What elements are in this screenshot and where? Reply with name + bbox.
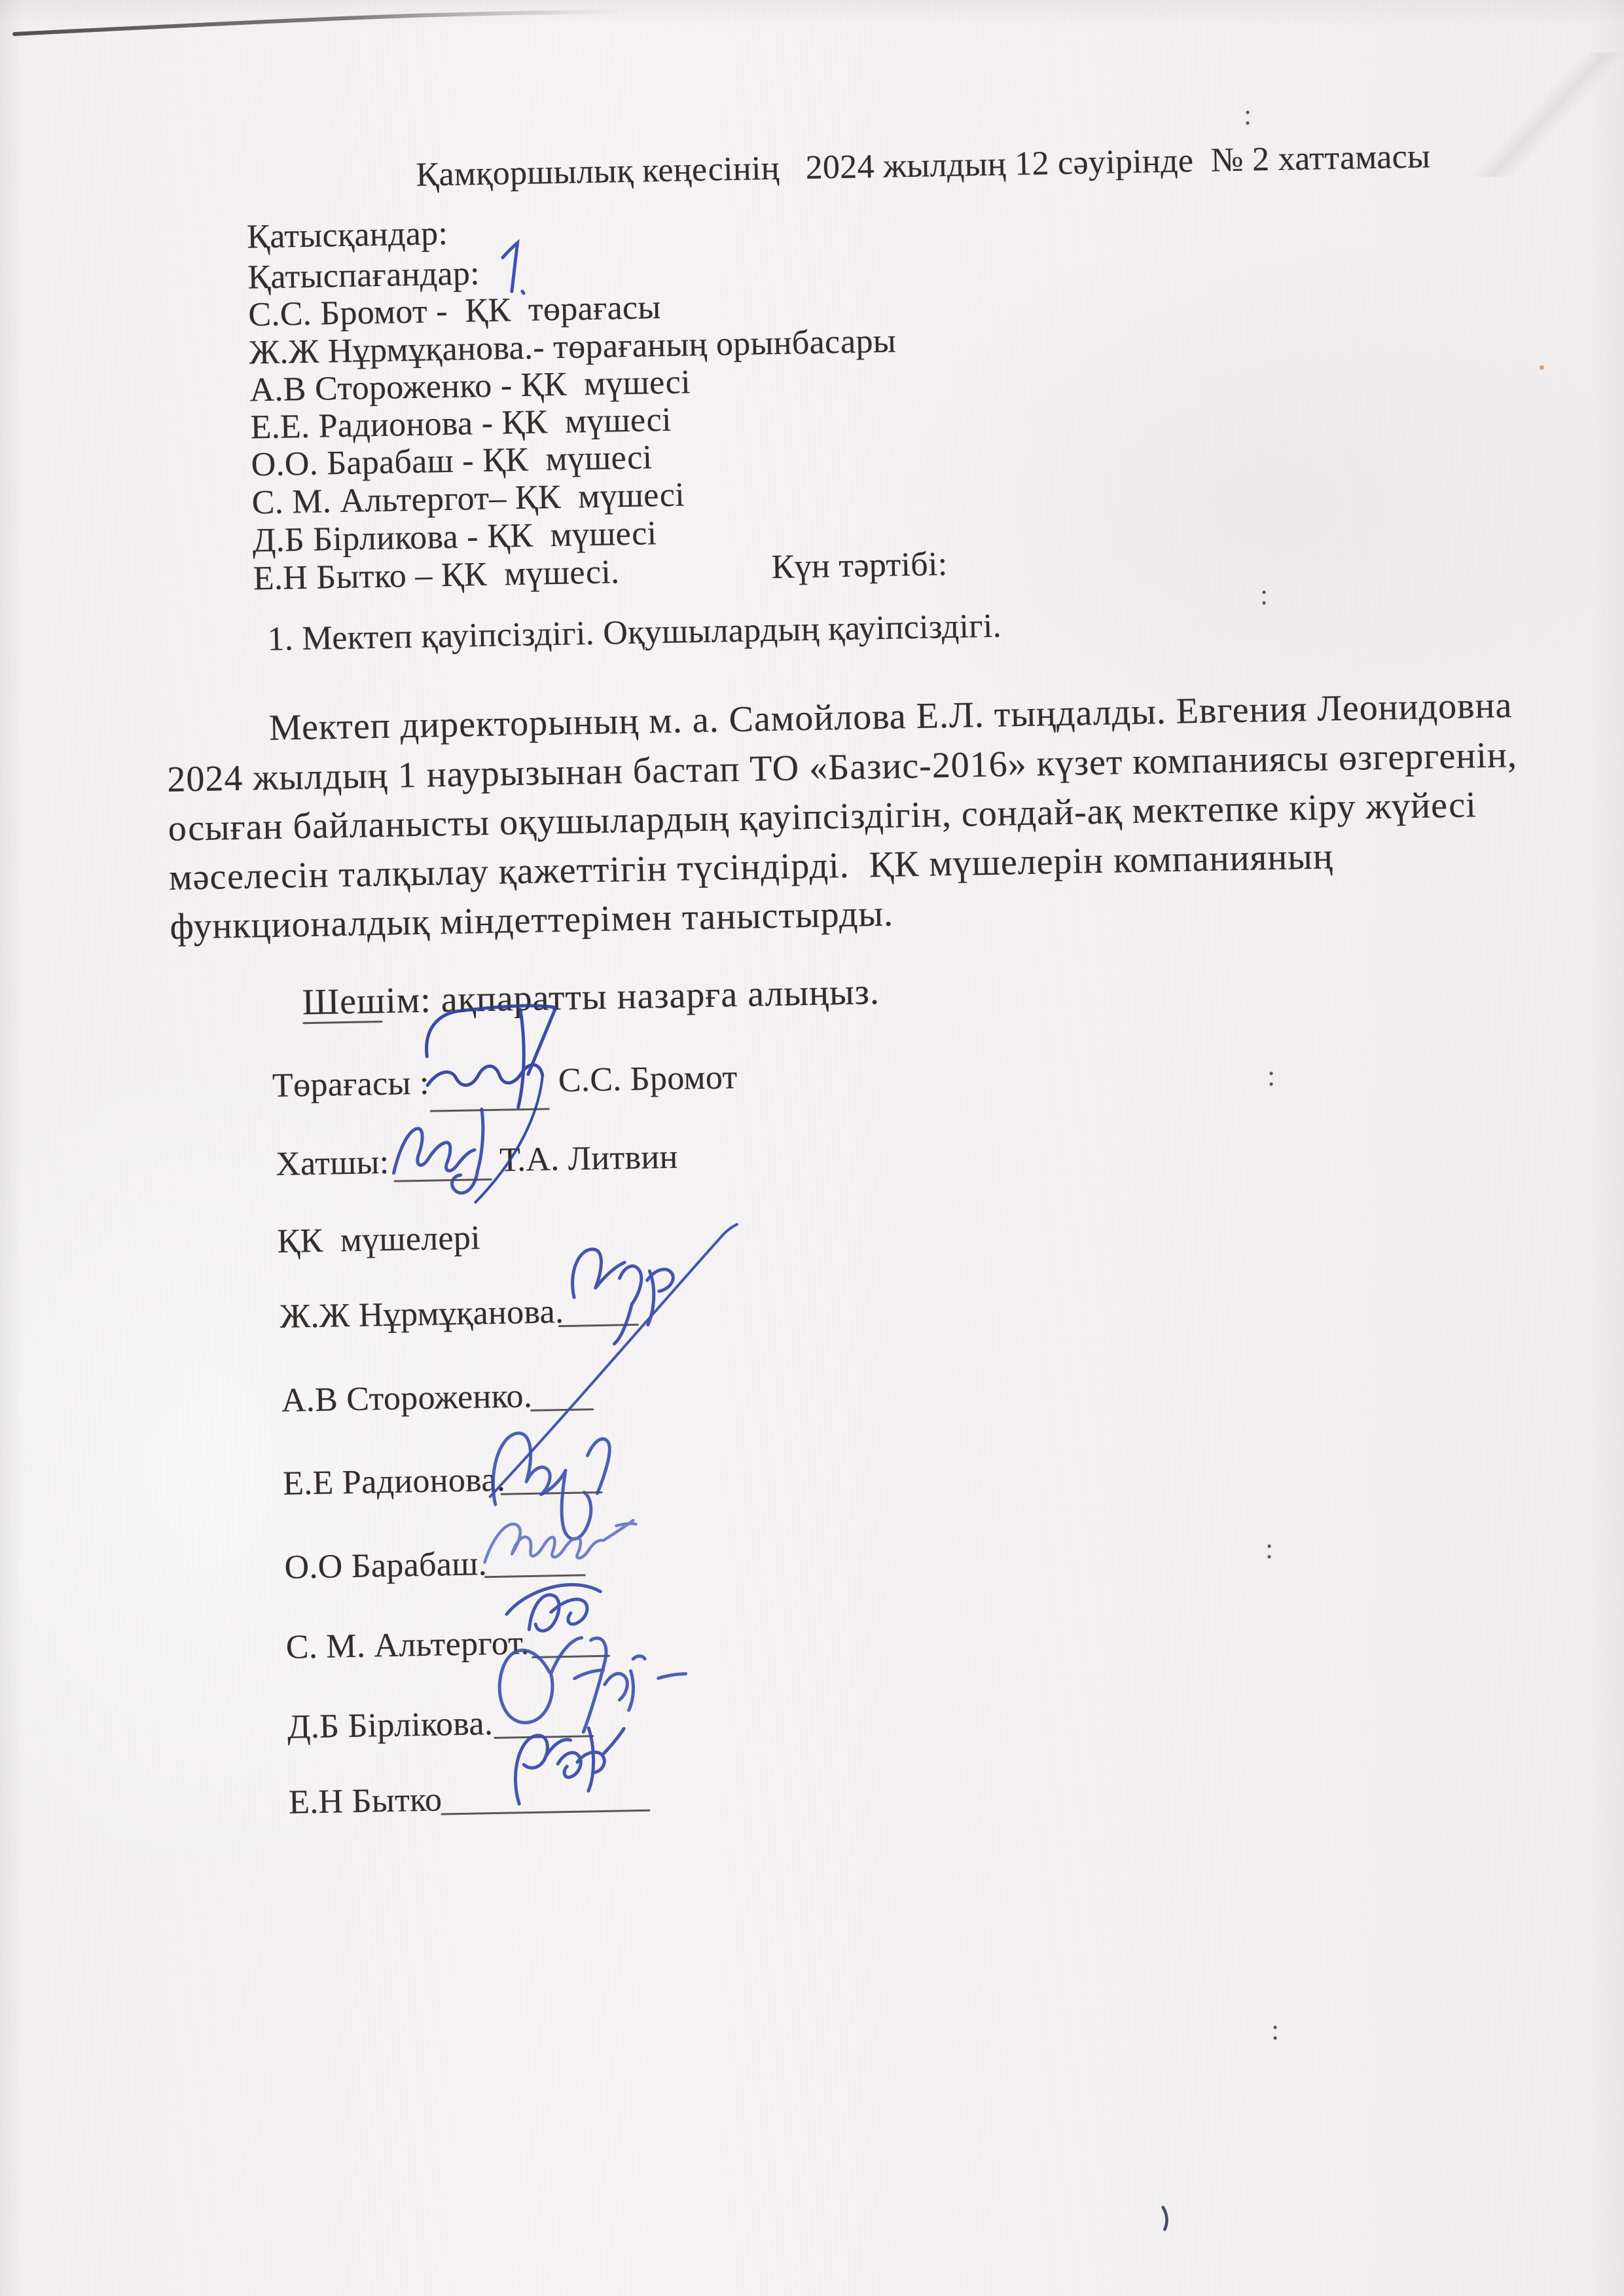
signature-nurmukanova xyxy=(485,1224,742,1497)
chairman-signature-line xyxy=(430,1108,550,1112)
printer-artifact-colon: : xyxy=(1265,1532,1273,1565)
signer-name: О.О Барабаш. xyxy=(284,1545,487,1586)
signature-bytko xyxy=(514,1727,625,1804)
member-line: Д.Б Бірликова - ҚК мүшесі xyxy=(252,515,657,559)
body-line: функционалдық міндеттерімен таныстырды. xyxy=(170,894,893,948)
agenda-item: 1. Мектеп қауіпсіздігі. Оқушылардың қауі… xyxy=(267,608,1001,659)
signer-line xyxy=(494,1735,594,1739)
chairman-name: С.С. Бромот xyxy=(558,1059,737,1099)
signer-line xyxy=(530,1408,594,1412)
signer-name: Ж.Ж Нұрмұқанова. xyxy=(280,1293,564,1336)
signer-name: А.В Стороженко. xyxy=(281,1377,532,1419)
member-line: С.С. Бромот - ҚК төрағасы xyxy=(248,289,661,334)
handwritten-absent-count xyxy=(503,243,524,294)
decision-line: Шешім: ақпаратты назарға алыңыз. xyxy=(302,972,880,1023)
printer-artifact-colon: : xyxy=(1260,578,1268,611)
attendees-label: Қатысқандар: xyxy=(247,215,448,256)
member-line: О.О. Барабаш - ҚК мүшесі xyxy=(251,439,653,483)
signer-line xyxy=(501,1491,603,1495)
scanned-protocol-page: Қамқоршылық кеңесінің 2024 жылдың 12 сәу… xyxy=(0,0,1624,2296)
paper-speck xyxy=(367,771,370,774)
secretary-label: Хатшы: xyxy=(276,1144,389,1183)
document-content: Қамқоршылық кеңесінің 2024 жылдың 12 сәу… xyxy=(0,0,1624,2296)
chairman-label: Төрағасы : xyxy=(272,1065,430,1105)
pen-tick-mark xyxy=(1163,2207,1167,2229)
printer-artifact-colon: : xyxy=(1244,98,1252,132)
member-line: Е.Н Бытко – ҚК мүшесі. xyxy=(253,553,620,597)
signer-line xyxy=(441,1810,650,1815)
paper-speck xyxy=(1540,365,1544,370)
printer-artifact-colon: : xyxy=(1271,2013,1279,2047)
long-diagonal-stroke xyxy=(485,1224,742,1497)
agenda-label: Күн тәртібі: xyxy=(771,545,948,586)
signer-name: Е.Е Радионова. xyxy=(283,1461,506,1503)
secretary-signature-line xyxy=(394,1178,492,1182)
signer-line xyxy=(532,1655,610,1658)
signature-radionova xyxy=(492,1431,611,1540)
signer-name: Е.Н Бытко xyxy=(289,1781,442,1821)
absent-label: Қатыспағандар: xyxy=(247,255,480,297)
document-title: Қамқоршылық кеңесінің 2024 жылдың 12 сәу… xyxy=(416,137,1431,194)
signer-name: Д.Б Бірлікова. xyxy=(287,1705,494,1746)
secretary-name: Т.А. Литвин xyxy=(499,1139,678,1179)
signature-barabash xyxy=(484,1520,636,1562)
signer-line xyxy=(558,1324,639,1327)
signer-name: С. М. Альтергот. xyxy=(285,1624,530,1666)
printer-artifact-colon: : xyxy=(1267,1059,1275,1093)
signer-line xyxy=(484,1574,586,1578)
scan-edge-line xyxy=(0,0,1624,79)
members-heading: ҚК мүшелері xyxy=(277,1219,480,1260)
